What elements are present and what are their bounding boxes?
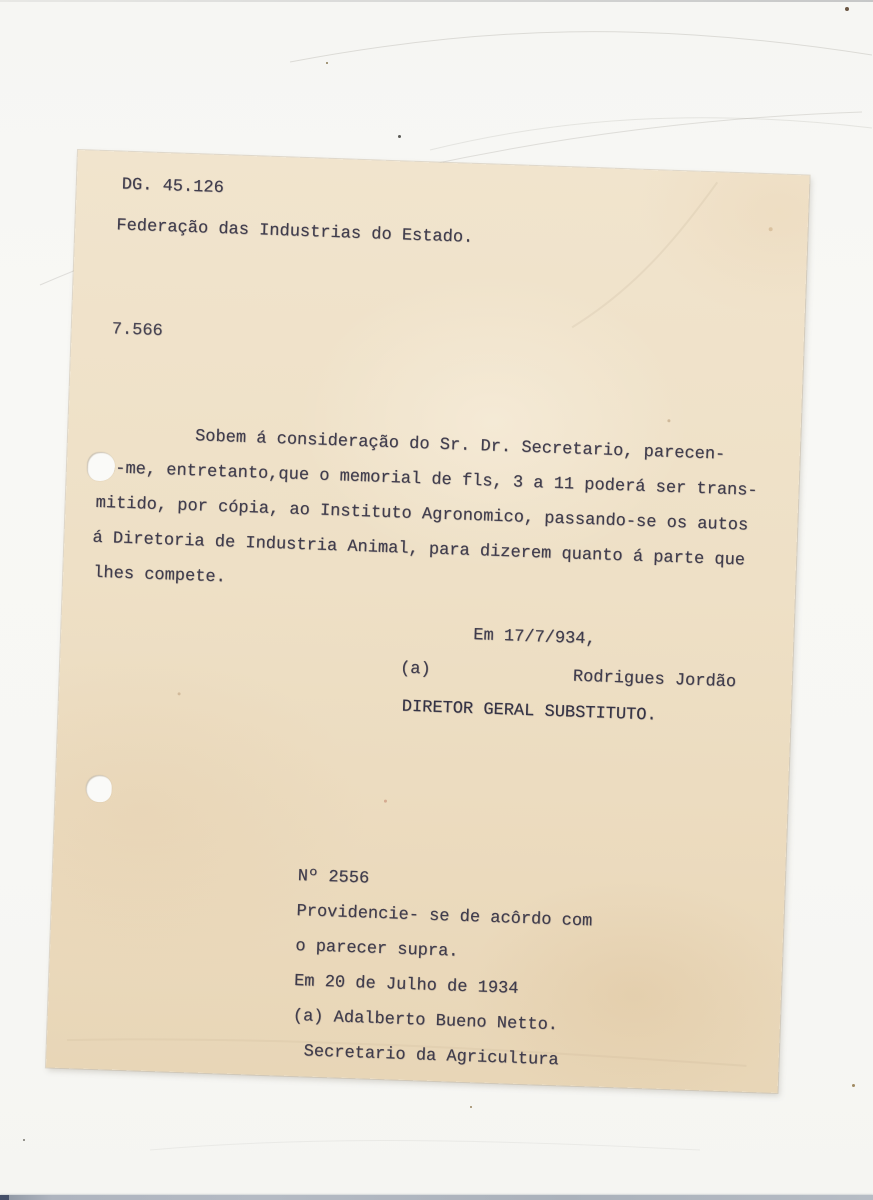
dust-speck xyxy=(23,1139,25,1141)
punch-hole-bottom xyxy=(85,775,112,803)
dust-speck xyxy=(852,1084,855,1087)
reference-number: DG. 45.126 xyxy=(121,175,224,200)
despacho-order-line-2: o parecer supra. xyxy=(295,936,459,963)
despacho-signer-title: Secretario da Agricultura xyxy=(303,1041,559,1071)
opinion-paragraph-line-3: mitido, por cópia, ao Instituto Agronomi… xyxy=(95,493,748,537)
dust-speck xyxy=(470,1106,472,1108)
organization-line: Federação das Industrias do Estado. xyxy=(116,215,474,248)
despacho-number: Nº 2556 xyxy=(297,866,369,889)
signer-name: Rodrigues Jordão xyxy=(573,667,737,694)
process-number: 7.566 xyxy=(111,319,163,342)
scan-top-edge xyxy=(0,0,873,2)
opinion-paragraph-line-5: lhes compete. xyxy=(93,563,226,589)
despacho-order-line-1: Providencie- se de acôrdo com xyxy=(296,901,592,932)
despacho-date: Em 20 de Julho de 1934 xyxy=(294,971,519,1000)
document-paper: DG. 45.126 Federação das Industrias do E… xyxy=(46,150,810,1093)
signed-abbreviation: (a) xyxy=(400,659,431,681)
scan-edge-strip xyxy=(0,1195,873,1200)
dust-speck xyxy=(845,7,849,11)
despacho-signature: (a) Adalberto Bueno Netto. xyxy=(293,1006,559,1036)
dust-speck xyxy=(398,135,401,138)
signer-title: DIRETOR GERAL SUBSTITUTO. xyxy=(401,697,657,727)
opinion-paragraph-line-1: Sobem á consideração do Sr. Dr. Secretar… xyxy=(195,426,726,466)
dust-speck xyxy=(326,62,328,64)
opinion-date: Em 17/7/934, xyxy=(473,625,596,650)
opinion-paragraph-line-4: á Diretoria de Industria Animal, para di… xyxy=(92,528,745,572)
scanned-page: DG. 45.126 Federação das Industrias do E… xyxy=(0,0,873,1200)
